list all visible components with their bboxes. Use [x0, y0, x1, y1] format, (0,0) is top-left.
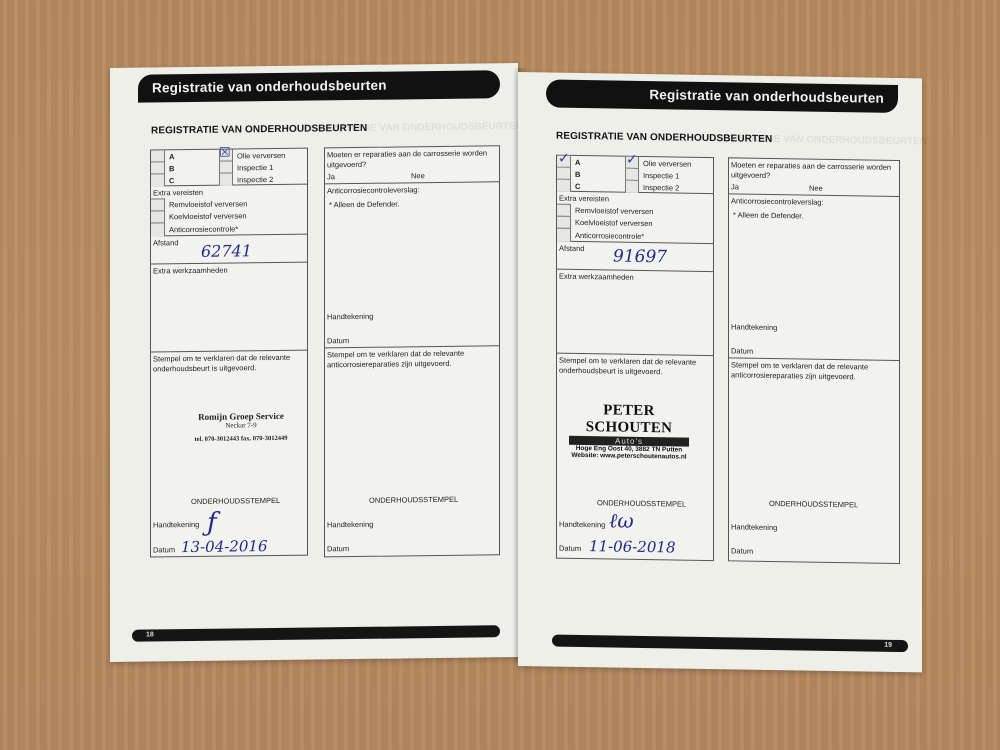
anticorrosion-signature-label: Handtekening [731, 522, 777, 532]
no-option[interactable]: Nee [809, 184, 823, 193]
maintenance-column: A B C ☒ Olie verversen Inspectie 1 Inspe… [150, 148, 308, 558]
signature-mark: ƒ [207, 508, 217, 538]
dealer-website: Website: www.peterschoutenautos.nl [563, 452, 695, 461]
service-booklet: Registratie van onderhoudsbeurten REGIST… [110, 68, 922, 662]
dealer-contact: tel. 070-3012443 fax. 070-3012449 [181, 435, 301, 443]
page-footer-bar: 19 [552, 635, 908, 653]
service-c-checkbox[interactable] [557, 180, 571, 192]
anticorrosion-stamp-section: Stempel om te verklaren dat de relevante… [729, 358, 899, 565]
yes-option[interactable]: Ja [327, 172, 335, 181]
coolant-label: Koelvloeistof verversen [169, 211, 247, 221]
anticorrosion-stamp-label: ONDERHOUDSSTEMPEL [369, 495, 458, 505]
defender-note: * Alleen de Defender. [329, 199, 399, 209]
distance-label: Afstand [559, 244, 584, 253]
signature-mark: ℓω [609, 508, 634, 533]
service-a-label: A [575, 158, 580, 167]
yes-option[interactable]: Ja [731, 182, 739, 191]
distance-section: Afstand 62741 [151, 235, 307, 265]
distance-value: 91697 [613, 246, 667, 267]
maintenance-stamp-section: Stempel om te verklaren dat de relevante… [557, 354, 713, 562]
maintenance-stamp-section: Stempel om te verklaren dat de relevante… [151, 351, 307, 559]
service-type-grid: ✓ A B C ✓ Olie verversen Inspectie 1 Ins… [557, 156, 713, 194]
service-type-grid: A B C ☒ Olie verversen Inspectie 1 Inspe… [151, 149, 307, 187]
dealer-stamp: PETER SCHOUTEN Auto's Hoge Eng Oost 40, … [563, 402, 695, 461]
inspection-1-label: Inspectie 1 [237, 163, 273, 172]
anticorrosion-signature-label: Handtekening [327, 520, 373, 530]
body-repairs-question: Moeten er reparaties aan de carrosserie … [327, 148, 497, 170]
inspection-1-label: Inspectie 1 [643, 171, 679, 181]
anticorrosion-stamp-instruction: Stempel om te verklaren dat de relevante… [731, 360, 897, 383]
page-header-bar: Registratie van onderhoudsbeurten [546, 79, 898, 113]
extra-work-section: Extra werkzaamheden [151, 263, 307, 353]
distance-section: Afstand 91697 [557, 242, 713, 272]
date-value: 13-04-2016 [181, 537, 267, 556]
anticorrosion-stamp-label: ONDERHOUDSSTEMPEL [769, 499, 858, 509]
service-c-label: C [169, 176, 174, 185]
service-a-checkbox[interactable] [151, 150, 165, 162]
report-date-label: Datum [327, 336, 349, 345]
anticorrosion-report-label: Anticorrosiecontroleverslag: [327, 185, 420, 195]
page-number: 18 [146, 631, 154, 638]
brake-fluid-checkbox[interactable] [151, 198, 165, 210]
extra-work-section: Extra werkzaamheden [557, 270, 713, 356]
maintenance-stamp-label: ONDERHOUDSSTEMPEL [597, 498, 686, 508]
anticorrosion-checkbox[interactable] [151, 222, 165, 236]
extra-requirements-label: Extra vereisten [153, 188, 203, 198]
anticorrosion-report-label: Anticorrosiecontroleverslag: [731, 196, 824, 206]
anticorrosion-date-label: Datum [731, 546, 753, 555]
extra-requirements-section: Extra vereisten Remvloeistof verversen K… [557, 192, 713, 244]
oil-change-mark: ☒ [219, 146, 231, 161]
inspection-1-checkbox[interactable] [219, 161, 233, 173]
service-c-checkbox[interactable] [151, 174, 165, 186]
report-signature-label: Handtekening [731, 322, 777, 332]
maintenance-stamp-label: ONDERHOUDSSTEMPEL [191, 496, 280, 506]
service-b-label: B [169, 164, 174, 173]
bodywork-column: Moeten er reparaties aan de carrosserie … [324, 145, 500, 557]
body-repairs-question: Moeten er reparaties aan de carrosserie … [731, 160, 897, 183]
extra-work-label: Extra werkzaamheden [559, 272, 634, 282]
page-header-bar: Registratie van onderhoudsbeurten [138, 70, 500, 102]
anticorrosion-checkbox[interactable] [557, 228, 571, 242]
brake-fluid-label: Remvloeistof verversen [575, 206, 653, 216]
extra-requirements-section: Extra vereisten Remvloeistof verversen K… [151, 185, 307, 237]
date-label: Datum [153, 545, 175, 554]
brake-fluid-checkbox[interactable] [557, 204, 571, 216]
inspection-1-checkbox[interactable] [625, 169, 639, 181]
page-right: Registratie van onderhoudsbeurten REGIST… [518, 72, 922, 672]
body-repairs-section: Moeten er reparaties aan de carrosserie … [729, 158, 899, 197]
no-option[interactable]: Nee [411, 171, 425, 180]
brake-fluid-label: Remvloeistof verversen [169, 199, 247, 209]
date-label: Datum [559, 544, 581, 553]
coolant-checkbox[interactable] [151, 210, 165, 222]
anticorrosion-report-section: Anticorrosiecontroleverslag: * Alleen de… [325, 182, 499, 348]
oil-change-checkmark: ✓ [626, 152, 638, 168]
bleed-through-text: REGISTRATIE VAN ONDERHOUDSBEURTEN [310, 121, 523, 135]
date-value: 11-06-2018 [589, 537, 675, 556]
dealer-stamp: Romijn Groep Service Neckar 7-9 tel. 070… [181, 411, 301, 443]
anticorrosion-label: Anticorrosiecontrole* [169, 224, 238, 234]
oil-change-label: Olie verversen [237, 151, 285, 161]
coolant-label: Koelvloeistof verversen [575, 218, 653, 228]
distance-label: Afstand [153, 238, 178, 247]
anticorrosion-stamp-instruction: Stempel om te verklaren dat de relevante… [327, 348, 497, 370]
anticorrosion-report-section: Anticorrosiecontroleverslag: * Alleen de… [729, 194, 899, 361]
inspection-2-label: Inspectie 2 [643, 183, 679, 193]
body-repairs-section: Moeten er reparaties aan de carrosserie … [325, 146, 499, 184]
anticorrosion-label: Anticorrosiecontrole* [575, 231, 644, 241]
signature-label: Handtekening [559, 520, 605, 530]
anticorrosion-date-label: Datum [327, 544, 349, 553]
service-b-checkbox[interactable] [557, 168, 571, 180]
coolant-checkbox[interactable] [557, 216, 571, 228]
maintenance-column: ✓ A B C ✓ Olie verversen Inspectie 1 Ins… [556, 155, 714, 561]
inspection-2-label: Inspectie 2 [237, 175, 273, 184]
service-a-label: A [169, 152, 174, 161]
service-b-checkbox[interactable] [151, 162, 165, 174]
bleed-through-text: REGISTRATIE VAN ONDERHOUDSBEURTEN [714, 133, 927, 147]
page-left: Registratie van onderhoudsbeurten REGIST… [110, 63, 518, 662]
distance-value: 62741 [201, 241, 252, 261]
extra-requirements-label: Extra vereisten [559, 194, 609, 204]
inspection-2-checkbox[interactable] [625, 181, 639, 193]
page-footer-bar: 18 [132, 625, 500, 641]
stamp-instruction: Stempel om te verklaren dat de relevante… [559, 356, 709, 378]
service-c-label: C [575, 182, 580, 191]
dealer-street: Neckar 7-9 [181, 421, 301, 430]
report-signature-label: Handtekening [327, 312, 373, 322]
stamp-instruction: Stempel om te verklaren dat de relevante… [153, 353, 303, 375]
extra-work-label: Extra werkzaamheden [153, 266, 228, 276]
anticorrosion-stamp-section: Stempel om te verklaren dat de relevante… [325, 346, 499, 558]
inspection-2-checkbox[interactable] [219, 173, 233, 185]
defender-note: * Alleen de Defender. [733, 210, 803, 220]
bodywork-column: Moeten er reparaties aan de carrosserie … [728, 157, 900, 564]
dealer-name: PETER SCHOUTEN [563, 402, 695, 438]
service-a-checkmark: ✓ [558, 151, 570, 167]
page-number: 19 [884, 642, 892, 649]
service-b-label: B [575, 170, 580, 179]
report-date-label: Datum [731, 346, 753, 355]
oil-change-label: Olie verversen [643, 159, 691, 169]
signature-label: Handtekening [153, 520, 199, 530]
